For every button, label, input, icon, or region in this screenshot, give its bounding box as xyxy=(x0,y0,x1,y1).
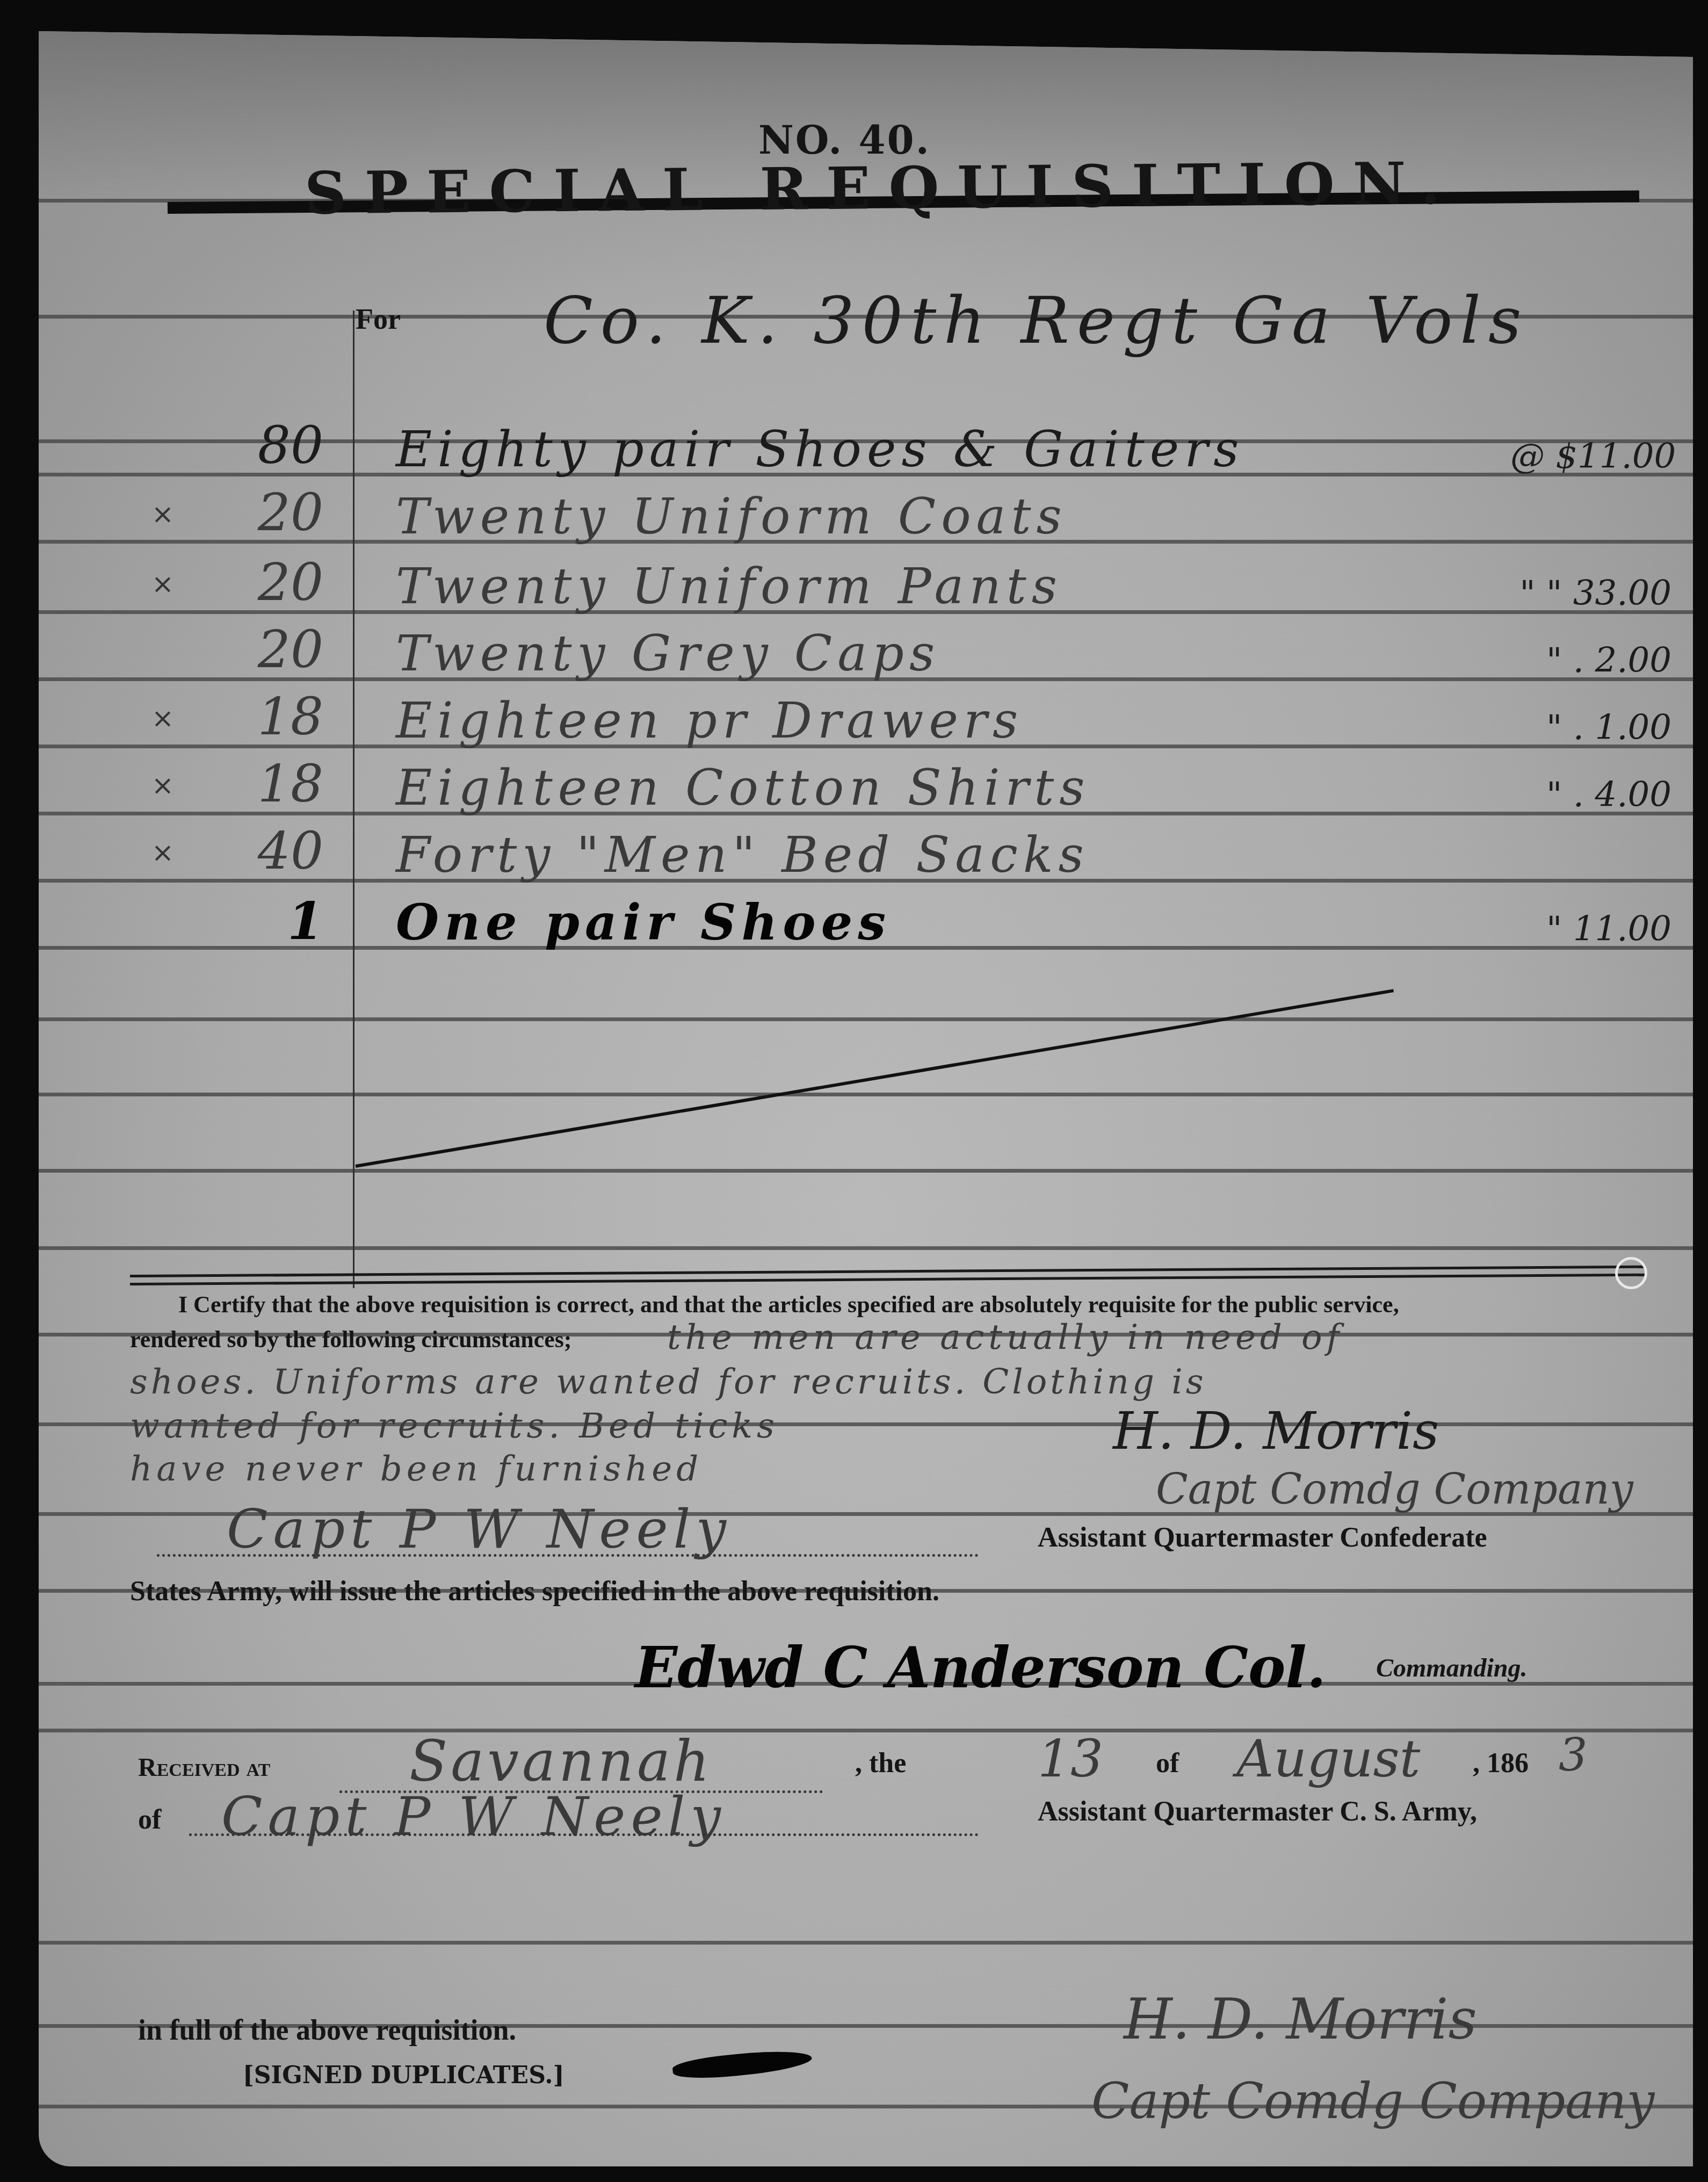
ruled-line xyxy=(39,1093,1693,1096)
item-quantity: 80 xyxy=(216,415,323,475)
ruled-line xyxy=(39,1941,1693,1945)
of-label-2: of xyxy=(138,1804,161,1836)
item-quantity: 20 xyxy=(216,552,323,612)
of-label: of xyxy=(1156,1747,1179,1779)
item-quantity: 40 xyxy=(216,821,323,881)
item-quantity: 20 xyxy=(216,619,323,680)
item-quantity: 20 xyxy=(216,482,323,543)
check-mark-icon: × xyxy=(151,703,174,734)
reason-text: have never been furnished xyxy=(130,1449,703,1489)
receipt-from-name: Capt P W Neely xyxy=(221,1785,726,1848)
ruled-line xyxy=(39,1246,1693,1250)
item-price: " 11.00 xyxy=(1510,909,1671,949)
received-place: Savannah xyxy=(409,1729,713,1794)
check-mark-icon: × xyxy=(151,770,174,801)
commanding-label: Commanding. xyxy=(1376,1653,1527,1683)
certifier-title: Capt Comdg Company xyxy=(1156,1465,1633,1514)
item-description: One pair Shoes xyxy=(396,893,891,951)
item-description: Twenty Uniform Pants xyxy=(396,558,1062,615)
for-label: For xyxy=(356,302,401,336)
reason-text: wanted for recruits. Bed ticks xyxy=(130,1406,779,1446)
received-month: August xyxy=(1236,1729,1420,1789)
receipt-from-title: Assistant Quartermaster C. S. Army, xyxy=(1038,1796,1477,1827)
received-day: 13 xyxy=(1038,1729,1103,1789)
receiver-title: Capt Comdg Company xyxy=(1091,2072,1654,2130)
year-suffix: 3 xyxy=(1559,1729,1587,1781)
item-price: " . 1.00 xyxy=(1510,708,1671,748)
year-prefix: , 186 xyxy=(1473,1747,1529,1779)
item-price: " . 4.00 xyxy=(1510,775,1671,815)
circumstances-label: rendered so by the following circumstanc… xyxy=(130,1326,572,1353)
reason-text: shoes. Uniforms are wanted for recruits.… xyxy=(130,1362,1207,1402)
signed-duplicates-label: [SIGNED DUPLICATES.] xyxy=(243,2062,564,2089)
margin-line xyxy=(353,310,354,1288)
item-description: Twenty Grey Caps xyxy=(396,625,940,682)
paper-hole xyxy=(1615,1257,1647,1289)
item-description: Eighty pair Shoes & Gaiters xyxy=(396,421,1244,478)
quartermaster-name: Capt P W Neely xyxy=(227,1498,732,1560)
check-mark-icon: × xyxy=(151,498,174,530)
the-label: , the xyxy=(855,1747,906,1779)
item-price: " " 33.00 xyxy=(1510,574,1671,613)
for-value: Co. K. 30th Regt Ga Vols xyxy=(544,284,1529,358)
form-title: SPECIAL REQUISITION. xyxy=(304,150,1459,228)
ink-blot xyxy=(672,2047,813,2083)
reason-text: the men are actually in need of xyxy=(667,1318,1343,1357)
quartermaster-field-line xyxy=(157,1554,979,1557)
item-quantity: 18 xyxy=(216,754,323,814)
item-description: Forty "Men" Bed Sacks xyxy=(396,826,1089,884)
item-quantity: 1 xyxy=(216,891,323,951)
receiver-signature: H. D. Morris xyxy=(1124,1986,1477,2052)
certify-text: I Certify that the above requisition is … xyxy=(178,1291,1399,1318)
item-price: @ $11.00 xyxy=(1510,437,1671,476)
ruled-line xyxy=(39,1729,1693,1732)
from-field-line xyxy=(189,1833,979,1836)
check-mark-icon: × xyxy=(151,568,174,599)
certifier-signature: H. D. Morris xyxy=(1113,1401,1439,1461)
issue-instruction: States Army, will issue the articles spe… xyxy=(130,1576,939,1607)
requisition-form: NO. 40. SPECIAL REQUISITION. For Co. K. … xyxy=(39,31,1693,2166)
item-quantity: 18 xyxy=(216,687,323,747)
item-price: " . 2.00 xyxy=(1510,641,1671,681)
check-mark-icon: × xyxy=(151,837,174,868)
quartermaster-suffix: Assistant Quartermaster Confederate xyxy=(1038,1522,1487,1554)
cancel-stroke xyxy=(355,989,1394,1168)
ruled-line xyxy=(39,1169,1693,1173)
received-label: Received at xyxy=(138,1753,270,1782)
ruled-line xyxy=(39,1017,1693,1021)
item-description: Eighteen Cotton Shirts xyxy=(396,759,1090,817)
commander-signature: Edwd C Anderson Col. xyxy=(635,1635,1326,1701)
item-description: Eighteen pr Drawers xyxy=(396,692,1023,749)
closing-text: in full of the above requisition. xyxy=(138,2013,516,2047)
item-description: Twenty Uniform Coats xyxy=(396,488,1067,545)
